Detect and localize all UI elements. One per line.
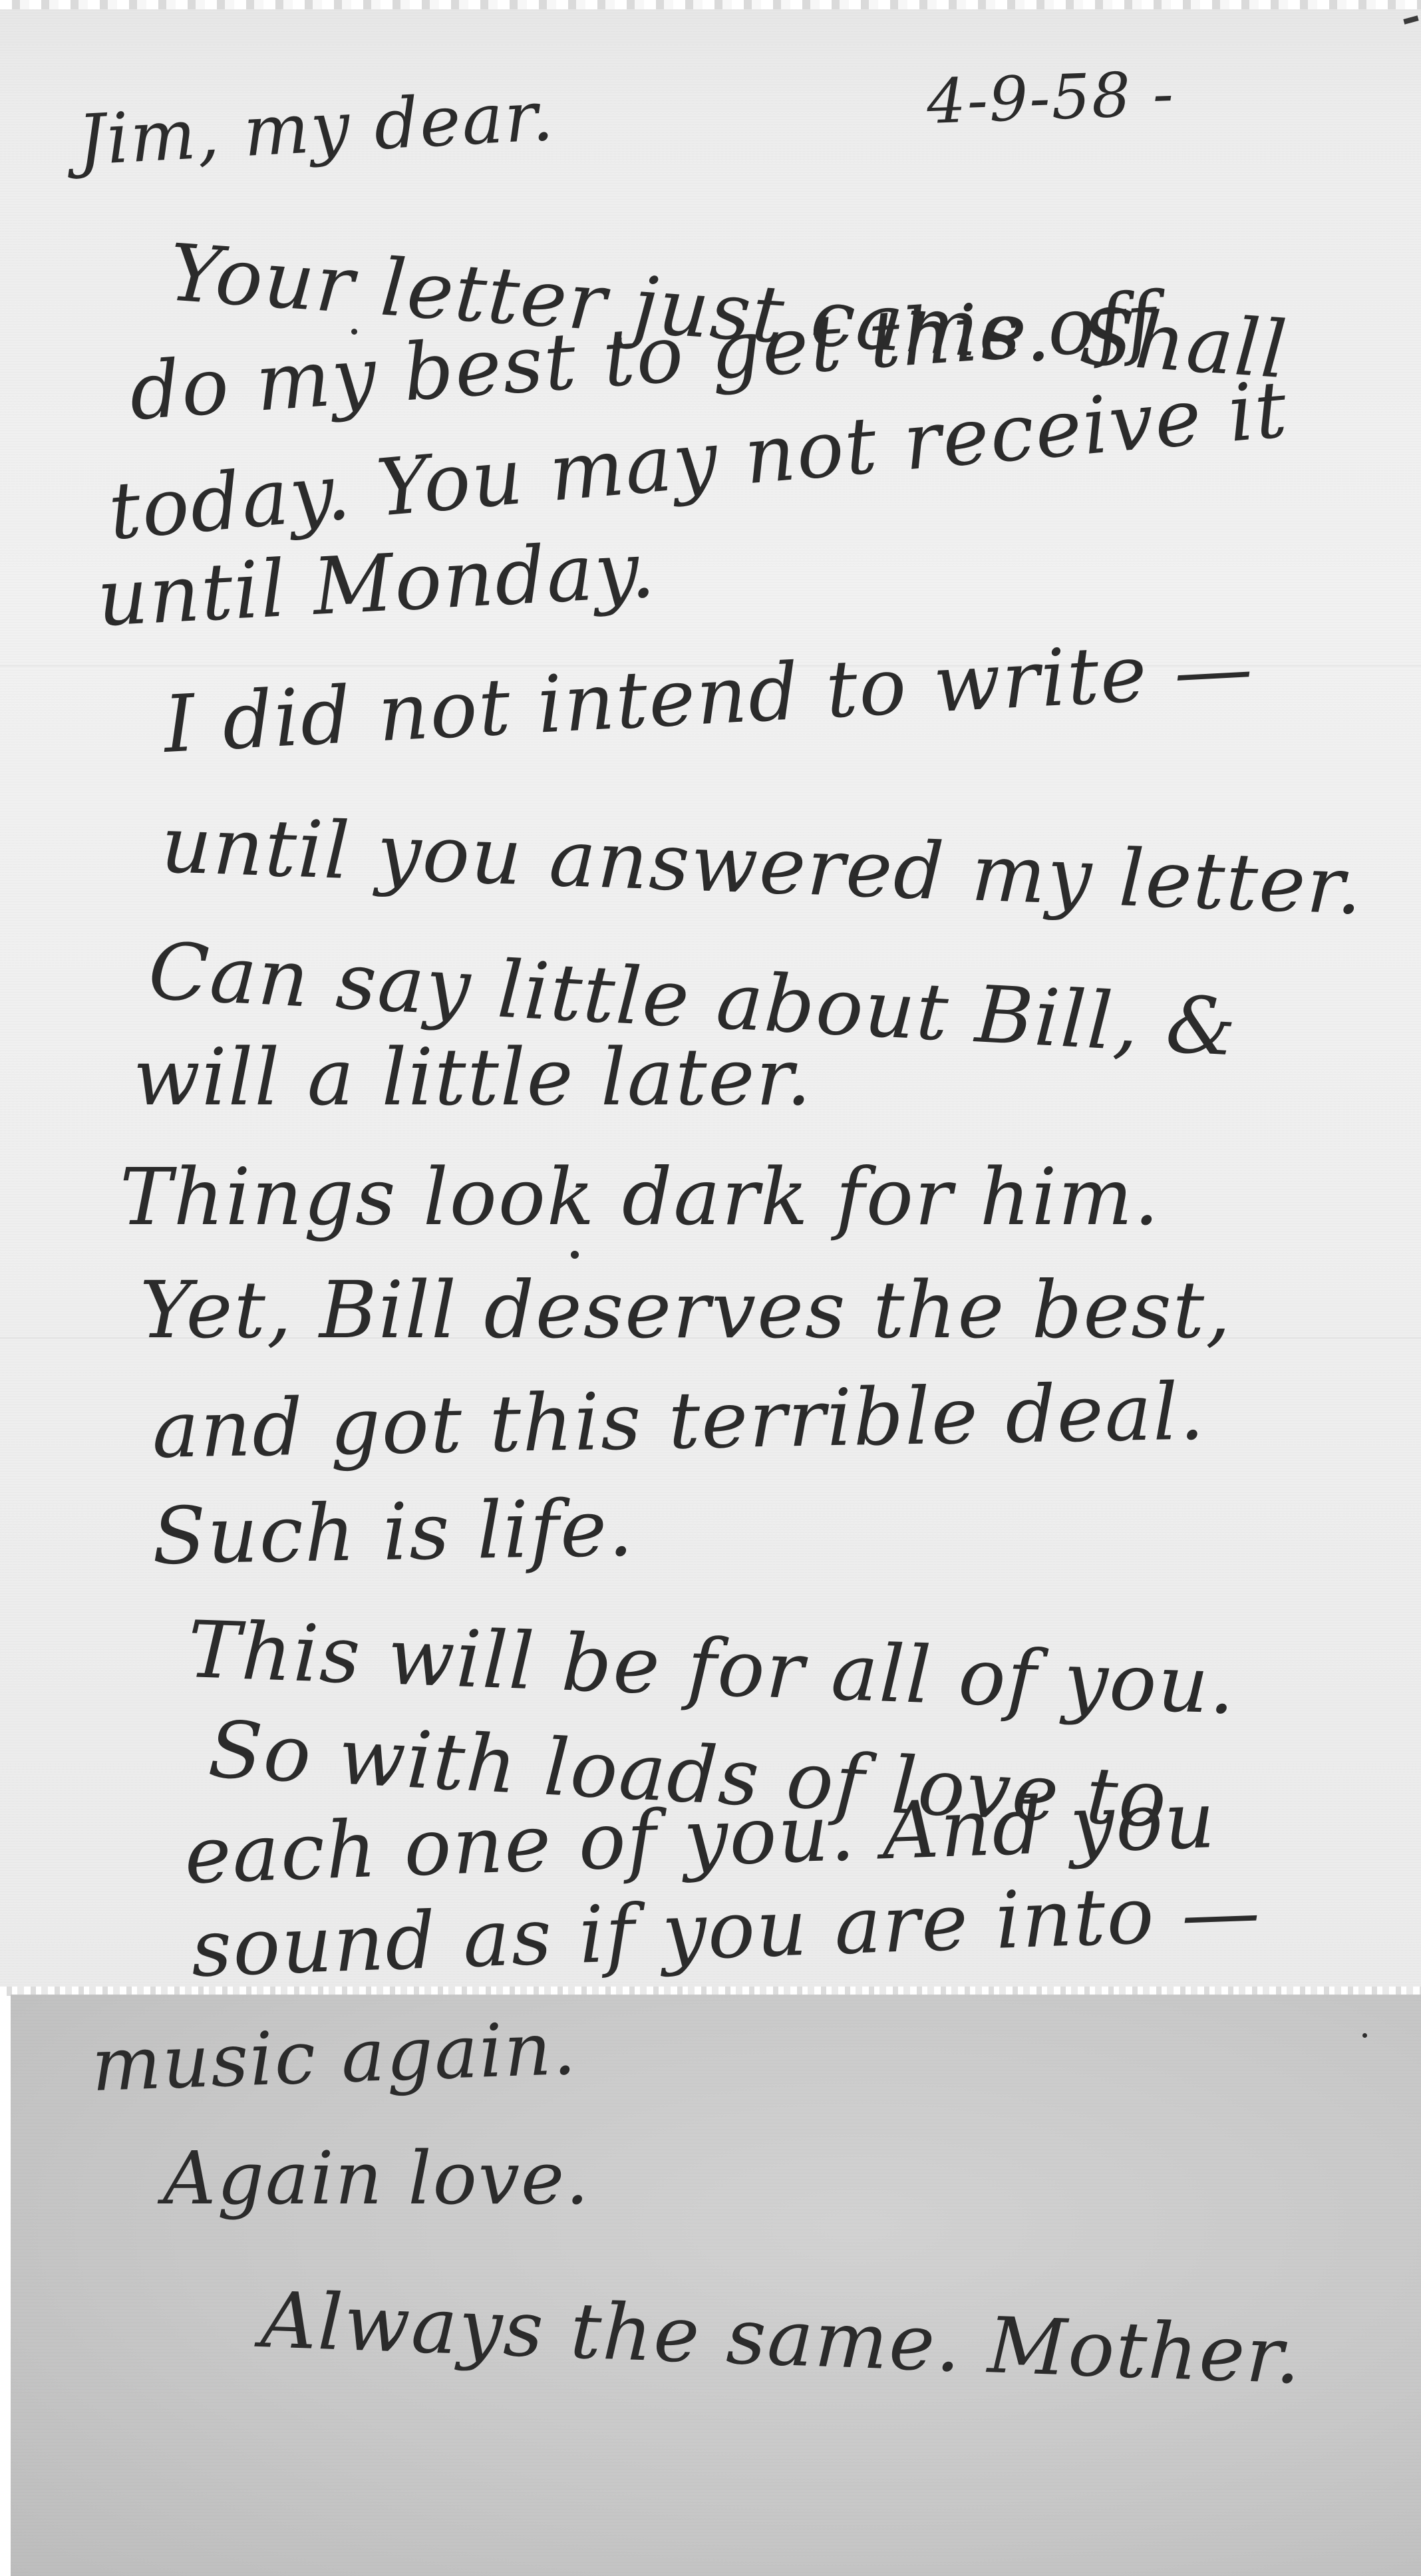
scan-top-edge bbox=[0, 0, 1421, 9]
ink-blot bbox=[571, 1251, 579, 1259]
letter-date: 4-9-58 - bbox=[925, 58, 1176, 138]
letter-line: will a little later. bbox=[133, 1031, 812, 1123]
ink-dot bbox=[1362, 2033, 1367, 2038]
letter-line: Yet, Bill deserves the best, bbox=[140, 1264, 1232, 1356]
letter-line: Such is life. bbox=[152, 1482, 635, 1582]
ink-blot bbox=[351, 329, 357, 335]
letter-line: music again. bbox=[90, 2006, 579, 2108]
letter-line: and got this terrible deal. bbox=[152, 1365, 1207, 1476]
letter-line: Again love. bbox=[163, 2136, 590, 2221]
letter-line: Things look dark for him. bbox=[120, 1151, 1160, 1243]
